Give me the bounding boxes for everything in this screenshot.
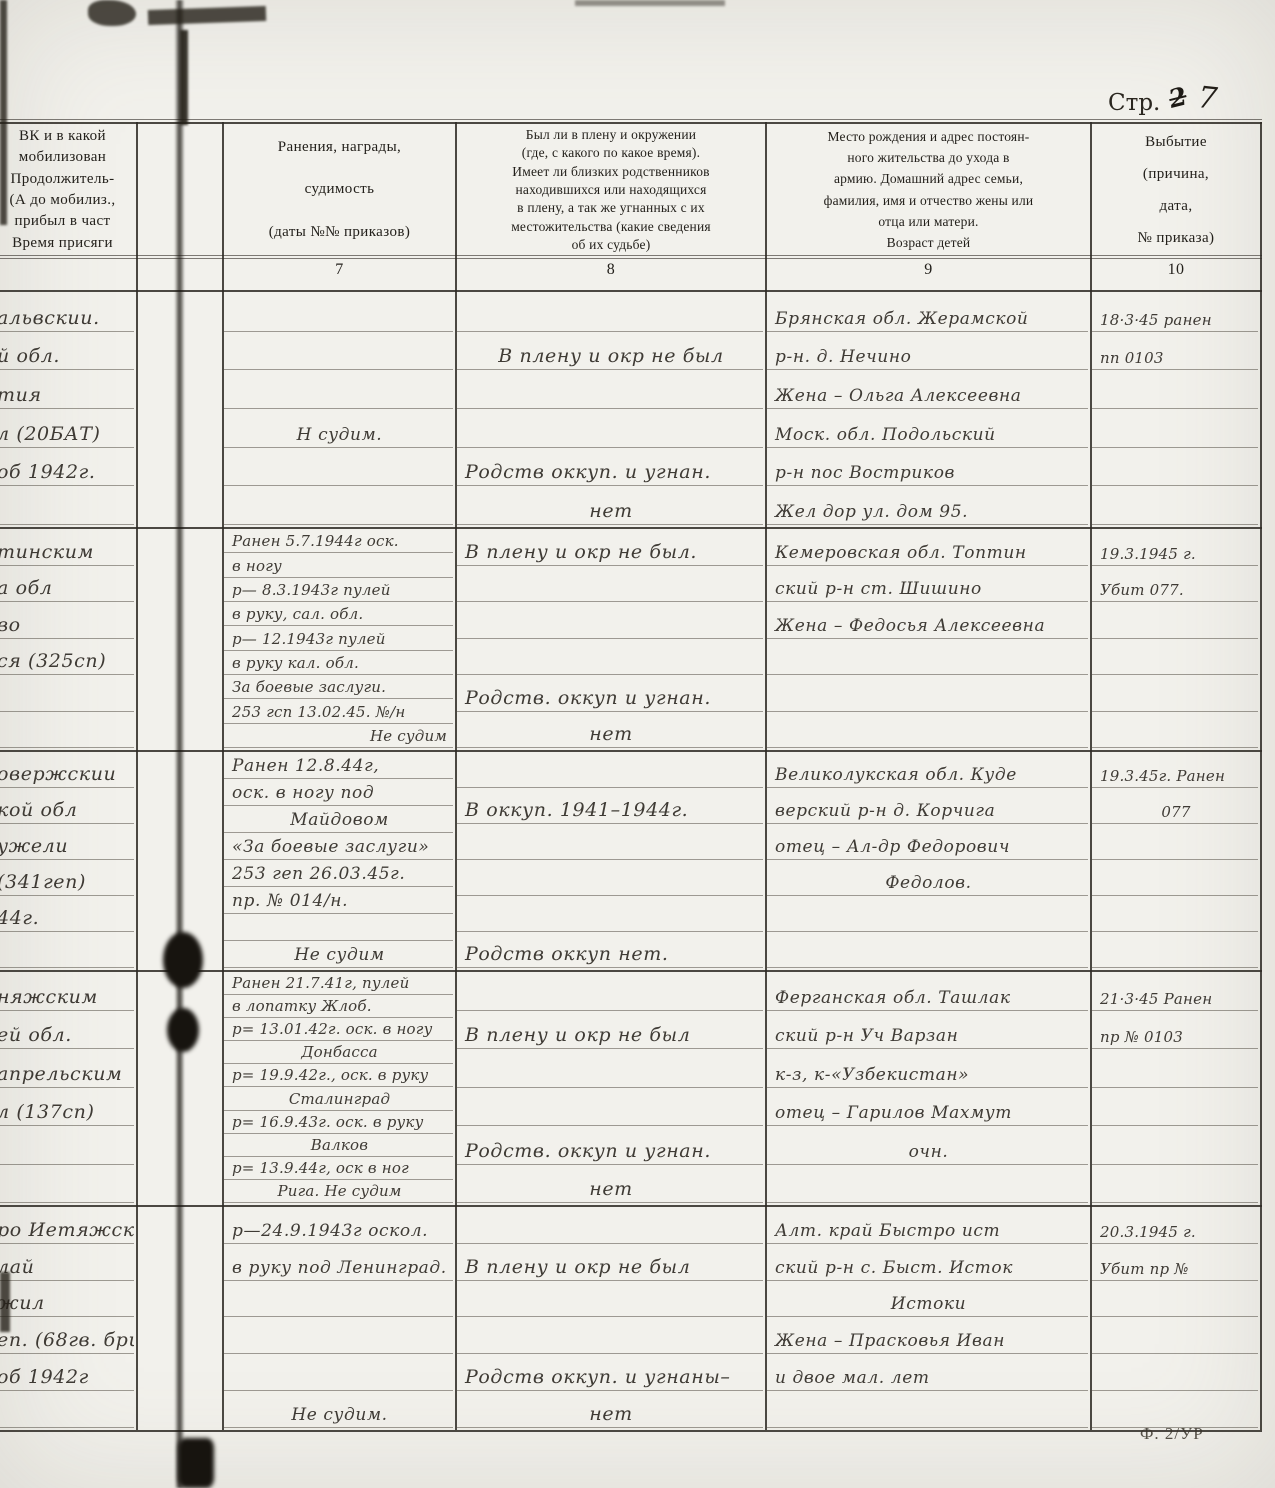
scanned-document-page: Стр. 2 7 ВК и в какоймобилизованПродолжи…: [0, 0, 1275, 1488]
cell-line: альвскии.: [0, 293, 134, 332]
cell-line: Великолукская обл. Куде: [767, 752, 1088, 788]
row2-discharge-cell: 19.3.1945 г.Убит 077.: [1092, 529, 1258, 748]
cell-line: [224, 293, 453, 332]
cell-line: [1092, 486, 1258, 525]
cell-line: 20.3.1945 г.: [1092, 1207, 1258, 1244]
cell-line: Майдовом: [224, 806, 453, 833]
header-mobilization-column: ВК и в какоймобилизованПродолжитель-(А д…: [0, 126, 134, 254]
cell-line: [224, 486, 453, 525]
binding-fold-streak: [175, 0, 184, 1488]
scan-smudge: [148, 6, 266, 25]
cell-line: В плену и окр не был.: [457, 529, 763, 566]
cell-line: в плену, а так же угнанных с их: [457, 199, 763, 217]
cell-line: [224, 1354, 453, 1391]
cell-line: нет: [457, 1165, 763, 1204]
row5-wounds-cell: р—24.9.1943г оскол.в руку под Ленинград.…: [224, 1207, 453, 1428]
cell-line: Истоки: [767, 1281, 1088, 1318]
cell-line: Время присяги: [0, 233, 134, 254]
cell-line: ро Иетяжским: [0, 1207, 134, 1244]
cell-line: ВК и в какой: [0, 126, 134, 147]
column-line-left: [136, 122, 138, 1430]
cell-line: (где, с какого по какое время).: [457, 144, 763, 162]
cell-line: [457, 824, 763, 860]
cell-line: (причина,: [1092, 158, 1258, 190]
cell-line: Федолов.: [767, 860, 1088, 896]
cell-line: л (137сп): [0, 1088, 134, 1127]
cell-line: ей обл.: [0, 1011, 134, 1050]
cell-line: [767, 932, 1088, 968]
cell-line: Донбасса: [224, 1041, 453, 1064]
row3-address-cell: Великолукская обл. Кудеверский р-н д. Ко…: [767, 752, 1088, 968]
cell-line: [457, 972, 763, 1011]
cell-line: р= 19.9.42г., оск. в руку: [224, 1064, 453, 1087]
cell-line: отец – Ал-др Федорович: [767, 824, 1088, 860]
row4-mobilization-cell: няжскимей обл.апрельскимл (137сп): [0, 972, 134, 1203]
cell-line: [1092, 639, 1258, 676]
cell-line: прибыл в част: [0, 211, 134, 232]
cell-line: [457, 1207, 763, 1244]
cell-line: [457, 1281, 763, 1318]
table-border-right: [1260, 122, 1262, 1430]
column-number-label: 7: [224, 261, 453, 279]
cell-line: отец – Гарилов Махмут: [767, 1088, 1088, 1127]
cell-line: [1092, 824, 1258, 860]
cell-line: Родств оккуп. и угнан.: [457, 448, 763, 487]
cell-line: местожительства (какие сведения: [457, 217, 763, 235]
cell-line: (А до мобилиз.,: [0, 190, 134, 211]
cell-line: ский р-н с. Быст. Исток: [767, 1244, 1088, 1281]
cell-line: жил: [0, 1281, 134, 1318]
cell-line: очн.: [767, 1126, 1088, 1165]
column-number-label: 10: [1092, 261, 1258, 279]
cell-line: ся (325сп): [0, 639, 134, 676]
cell-line: [224, 1281, 453, 1318]
cell-line: [1092, 448, 1258, 487]
cell-line: [1092, 932, 1258, 968]
row1-address-cell: Брянская обл. Жерамскойр-н. д. НечиноЖен…: [767, 293, 1088, 525]
cell-line: [1092, 1126, 1258, 1165]
row3-captivity-cell: В оккуп. 1941–1944г.Родств оккуп нет.: [457, 752, 763, 968]
header-separator-lower: [0, 258, 1262, 259]
cell-line: ский р-н ст. Шишино: [767, 566, 1088, 603]
cell-line: [0, 932, 134, 968]
row5-address-cell: Алт. край Быстро истский р-н с. Быст. Ис…: [767, 1207, 1088, 1428]
cell-line: Жел дор ул. дом 95.: [767, 486, 1088, 525]
page-number: Стр. 2 7: [1108, 70, 1268, 116]
cell-line: Не судим.: [224, 1391, 453, 1428]
cell-line: Валков: [224, 1134, 453, 1157]
cell-line: В оккуп. 1941–1944г.: [457, 788, 763, 824]
cell-line: [457, 566, 763, 603]
cell-line: 253 гсп 13.02.45. №/н: [224, 699, 453, 723]
table-border-top: [0, 122, 1262, 124]
cell-line: ский р-н Уч Варзан: [767, 1011, 1088, 1050]
cell-line: тинским: [0, 529, 134, 566]
cell-line: фамилия, имя и отчество жены или: [767, 190, 1088, 211]
cell-line: 19.3.45г. Ранен: [1092, 752, 1258, 788]
cell-line: [1092, 370, 1258, 409]
cell-line: Жена – Ольга Алексеевна: [767, 370, 1088, 409]
row1-mobilization-cell: альвскии.й обл.тиял (20БАТ)об 1942г.: [0, 293, 134, 525]
cell-line: апрельским: [0, 1049, 134, 1088]
cell-line: Н судим.: [224, 409, 453, 448]
cell-line: пп 0103: [1092, 332, 1258, 371]
row2-address-cell: Кемеровская обл. Топтинский р-н ст. Шиши…: [767, 529, 1088, 748]
row5-discharge-cell: 20.3.1945 г.Убит пр №: [1092, 1207, 1258, 1428]
header-separator-upper: [0, 255, 1262, 256]
cell-line: [0, 712, 134, 749]
column-number-label: 8: [457, 261, 763, 279]
cell-line: Место рождения и адрес постоян-: [767, 126, 1088, 147]
cell-line: в лопатку Жлоб.: [224, 995, 453, 1018]
row3-mobilization-cell: овержскиикой облужели(341геп)44г.: [0, 752, 134, 968]
cell-line: р— 12.1943г пулей: [224, 626, 453, 650]
page-number-crossed: 2: [1166, 81, 1190, 113]
cell-line: Родств. оккуп и угнан.: [457, 675, 763, 712]
cell-line: [767, 1391, 1088, 1428]
cell-line: Был ли в плену и окружении: [457, 126, 763, 144]
cell-line: [767, 639, 1088, 676]
cell-line: Ранен 21.7.41г, пулей: [224, 972, 453, 995]
cell-line: кой обл: [0, 788, 134, 824]
cell-line: [1092, 1391, 1258, 1428]
cell-line: нет: [457, 486, 763, 525]
cell-line: [1092, 602, 1258, 639]
cell-line: Сталинград: [224, 1087, 453, 1110]
cell-line: в ногу: [224, 553, 453, 577]
cell-line: 18·3·45 ранен: [1092, 293, 1258, 332]
cell-line: Жена – Федосья Алексеевна: [767, 602, 1088, 639]
cell-line: Возраст детей: [767, 233, 1088, 254]
cell-line: 077: [1092, 788, 1258, 824]
cell-line: [224, 1317, 453, 1354]
cell-line: отца или матери.: [767, 211, 1088, 232]
cell-line: [767, 896, 1088, 932]
row5-mobilization-cell: ро Иетяжскимлайжилеп. (68гв. бриг)об 194…: [0, 1207, 134, 1428]
cell-line: [767, 1165, 1088, 1204]
cell-line: р-н пос Востриков: [767, 448, 1088, 487]
cell-line: Брянская обл. Жерамской: [767, 293, 1088, 332]
cell-line: Выбытие: [1092, 126, 1258, 158]
cell-line: Имеет ли близких родственников: [457, 163, 763, 181]
cell-line: За боевые заслуги.: [224, 675, 453, 699]
cell-line: Не судим: [224, 724, 453, 748]
row1-captivity-cell: В плену и окр не былРодств оккуп. и угна…: [457, 293, 763, 525]
cell-line: Жена – Прасковья Иван: [767, 1317, 1088, 1354]
cell-line: а обл: [0, 566, 134, 603]
cell-line: л (20БАТ): [0, 409, 134, 448]
cell-line: [457, 370, 763, 409]
cell-line: [457, 293, 763, 332]
cell-line: во: [0, 602, 134, 639]
cell-line: № приказа): [1092, 222, 1258, 254]
column-number-7: 7: [224, 261, 453, 289]
cell-line: [1092, 1049, 1258, 1088]
cell-line: [0, 486, 134, 525]
cell-line: судимость: [224, 169, 453, 212]
cell-line: Ранен 5.7.1944г оск.: [224, 529, 453, 553]
cell-line: [1092, 409, 1258, 448]
cell-line: й обл.: [0, 332, 134, 371]
column-number-9: 9: [767, 261, 1088, 289]
table-border-top-outer: [0, 119, 1262, 120]
cell-line: [457, 896, 763, 932]
cell-line: овержскии: [0, 752, 134, 788]
cell-line: Родств оккуп. и угнаны–: [457, 1354, 763, 1391]
cell-line: [1092, 675, 1258, 712]
cell-line: р-н. д. Нечино: [767, 332, 1088, 371]
cell-line: армию. Домашний адрес семьи,: [767, 169, 1088, 190]
header-birthplace-address-column: Место рождения и адрес постоян-ного жите…: [767, 126, 1088, 254]
cell-line: Убит 077.: [1092, 566, 1258, 603]
row3-discharge-cell: 19.3.45г. Ранен077: [1092, 752, 1258, 968]
cell-line: [457, 1088, 763, 1127]
cell-line: р= 13.01.42г. оск. в ногу: [224, 1018, 453, 1041]
ink-blot: [167, 1008, 199, 1052]
cell-line: Ранения, награды,: [224, 126, 453, 169]
cell-line: в руку, сал. обл.: [224, 602, 453, 626]
column-number-8: 8: [457, 261, 763, 289]
cell-line: Моск. обл. Подольский: [767, 409, 1088, 448]
cell-line: [457, 860, 763, 896]
scan-smudge: [88, 0, 136, 26]
row4-address-cell: Ферганская обл. Ташлакский р-н Уч Варзан…: [767, 972, 1088, 1203]
cell-line: [0, 1126, 134, 1165]
form-code: Ф. 2/УР: [1140, 1424, 1204, 1444]
cell-line: (даты №№ приказов): [224, 211, 453, 254]
cell-line: об 1942г.: [0, 448, 134, 487]
row1-discharge-cell: 18·3·45 раненпп 0103: [1092, 293, 1258, 525]
cell-line: [1092, 860, 1258, 896]
header-captivity-column: Был ли в плену и окружении(где, с какого…: [457, 126, 763, 254]
cell-line: пр. № 014/н.: [224, 887, 453, 914]
cell-line: [1092, 1088, 1258, 1127]
cell-line: [1092, 1317, 1258, 1354]
cell-line: р= 16.9.43г. оск. в руку: [224, 1111, 453, 1134]
cell-line: Рига. Не судим: [224, 1180, 453, 1203]
cell-line: верский р-н д. Корчига: [767, 788, 1088, 824]
numbers-separator: [0, 290, 1262, 292]
cell-line: нет: [457, 712, 763, 749]
cell-line: Не судим: [224, 941, 453, 968]
cell-line: [1092, 1281, 1258, 1318]
cell-line: об их судьбе): [457, 236, 763, 254]
cell-line: Ранен 12.8.44г,: [224, 752, 453, 779]
cell-line: мобилизован: [0, 147, 134, 168]
cell-line: [224, 448, 453, 487]
cell-line: р— 8.3.1943г пулей: [224, 578, 453, 602]
cell-line: ужели: [0, 824, 134, 860]
cell-line: [1092, 896, 1258, 932]
cell-line: [224, 914, 453, 941]
cell-line: [0, 1165, 134, 1204]
cell-line: Алт. край Быстро ист: [767, 1207, 1088, 1244]
page-number-value: 7: [1196, 80, 1219, 117]
cell-line: в руку под Ленинград.: [224, 1244, 453, 1281]
column-number-label: 9: [767, 261, 1088, 279]
cell-line: 21·3·45 Ранен: [1092, 972, 1258, 1011]
row2-mobilization-cell: тинскима облвося (325сп): [0, 529, 134, 748]
cell-line: еп. (68гв. бриг): [0, 1317, 134, 1354]
cell-line: об 1942г: [0, 1354, 134, 1391]
header-wounds-awards-column: Ранения, награды,судимость(даты №№ прика…: [224, 126, 453, 254]
row4-captivity-cell: В плену и окр не былРодств. оккуп и угна…: [457, 972, 763, 1203]
cell-line: Продолжитель-: [0, 169, 134, 190]
row3-wounds-cell: Ранен 12.8.44г,оск. в ногу подМайдовом«З…: [224, 752, 453, 968]
cell-line: 253 геп 26.03.45г.: [224, 860, 453, 887]
cell-line: Родств. оккуп и угнан.: [457, 1126, 763, 1165]
cell-line: [767, 712, 1088, 749]
cell-line: находившихся или находящихся: [457, 181, 763, 199]
cell-line: в руку кал. обл.: [224, 651, 453, 675]
cell-line: оск. в ногу под: [224, 779, 453, 806]
header-discharge-column: Выбытие(причина,дата,№ приказа): [1092, 126, 1258, 254]
cell-line: Родств оккуп нет.: [457, 932, 763, 968]
cell-line: 19.3.1945 г.: [1092, 529, 1258, 566]
cell-line: В плену и окр не был: [457, 332, 763, 371]
cell-line: [767, 675, 1088, 712]
row2-captivity-cell: В плену и окр не был.Родств. оккуп и угн…: [457, 529, 763, 748]
cell-line: «За боевые заслуги»: [224, 833, 453, 860]
cell-line: [0, 1391, 134, 1428]
cell-line: лай: [0, 1244, 134, 1281]
cell-line: [1092, 712, 1258, 749]
cell-line: и двое мал. лет: [767, 1354, 1088, 1391]
cell-line: [224, 332, 453, 371]
cell-line: [0, 675, 134, 712]
cell-line: няжским: [0, 972, 134, 1011]
cell-line: ного жительства до ухода в: [767, 147, 1088, 168]
cell-line: (341геп): [0, 860, 134, 896]
ink-blot: [163, 932, 203, 988]
cell-line: р= 13.9.44г, оск в ног: [224, 1157, 453, 1180]
cell-line: Убит пр №: [1092, 1244, 1258, 1281]
cell-line: [457, 409, 763, 448]
cell-line: [1092, 1165, 1258, 1204]
cell-line: р—24.9.1943г оскол.: [224, 1207, 453, 1244]
cell-line: пр № 0103: [1092, 1011, 1258, 1050]
table-border-bottom: [0, 1430, 1262, 1432]
cell-line: В плену и окр не был: [457, 1011, 763, 1050]
row4-wounds-cell: Ранен 21.7.41г, пулейв лопатку Жлоб.р= 1…: [224, 972, 453, 1203]
row1-wounds-cell: Н судим.: [224, 293, 453, 525]
scan-smudge: [575, 0, 725, 6]
row5-captivity-cell: В плену и окр не былРодств оккуп. и угна…: [457, 1207, 763, 1428]
cell-line: [457, 639, 763, 676]
cell-line: 44г.: [0, 896, 134, 932]
cell-line: [457, 1049, 763, 1088]
page-label: Стр.: [1108, 90, 1160, 116]
scan-smudge: [180, 30, 188, 125]
row4-discharge-cell: 21·3·45 Раненпр № 0103: [1092, 972, 1258, 1203]
cell-line: дата,: [1092, 190, 1258, 222]
cell-line: нет: [457, 1391, 763, 1428]
ink-blot: [178, 1438, 214, 1488]
cell-line: [1092, 1354, 1258, 1391]
cell-line: [457, 752, 763, 788]
cell-line: В плену и окр не был: [457, 1244, 763, 1281]
column-number-10: 10: [1092, 261, 1258, 289]
cell-line: тия: [0, 370, 134, 409]
cell-line: Кемеровская обл. Топтин: [767, 529, 1088, 566]
cell-line: [457, 602, 763, 639]
cell-line: [224, 370, 453, 409]
cell-line: Ферганская обл. Ташлак: [767, 972, 1088, 1011]
cell-line: к-з, к-«Узбекистан»: [767, 1049, 1088, 1088]
row2-wounds-cell: Ранен 5.7.1944г оск.в ногур— 8.3.1943г п…: [224, 529, 453, 748]
cell-line: [457, 1317, 763, 1354]
